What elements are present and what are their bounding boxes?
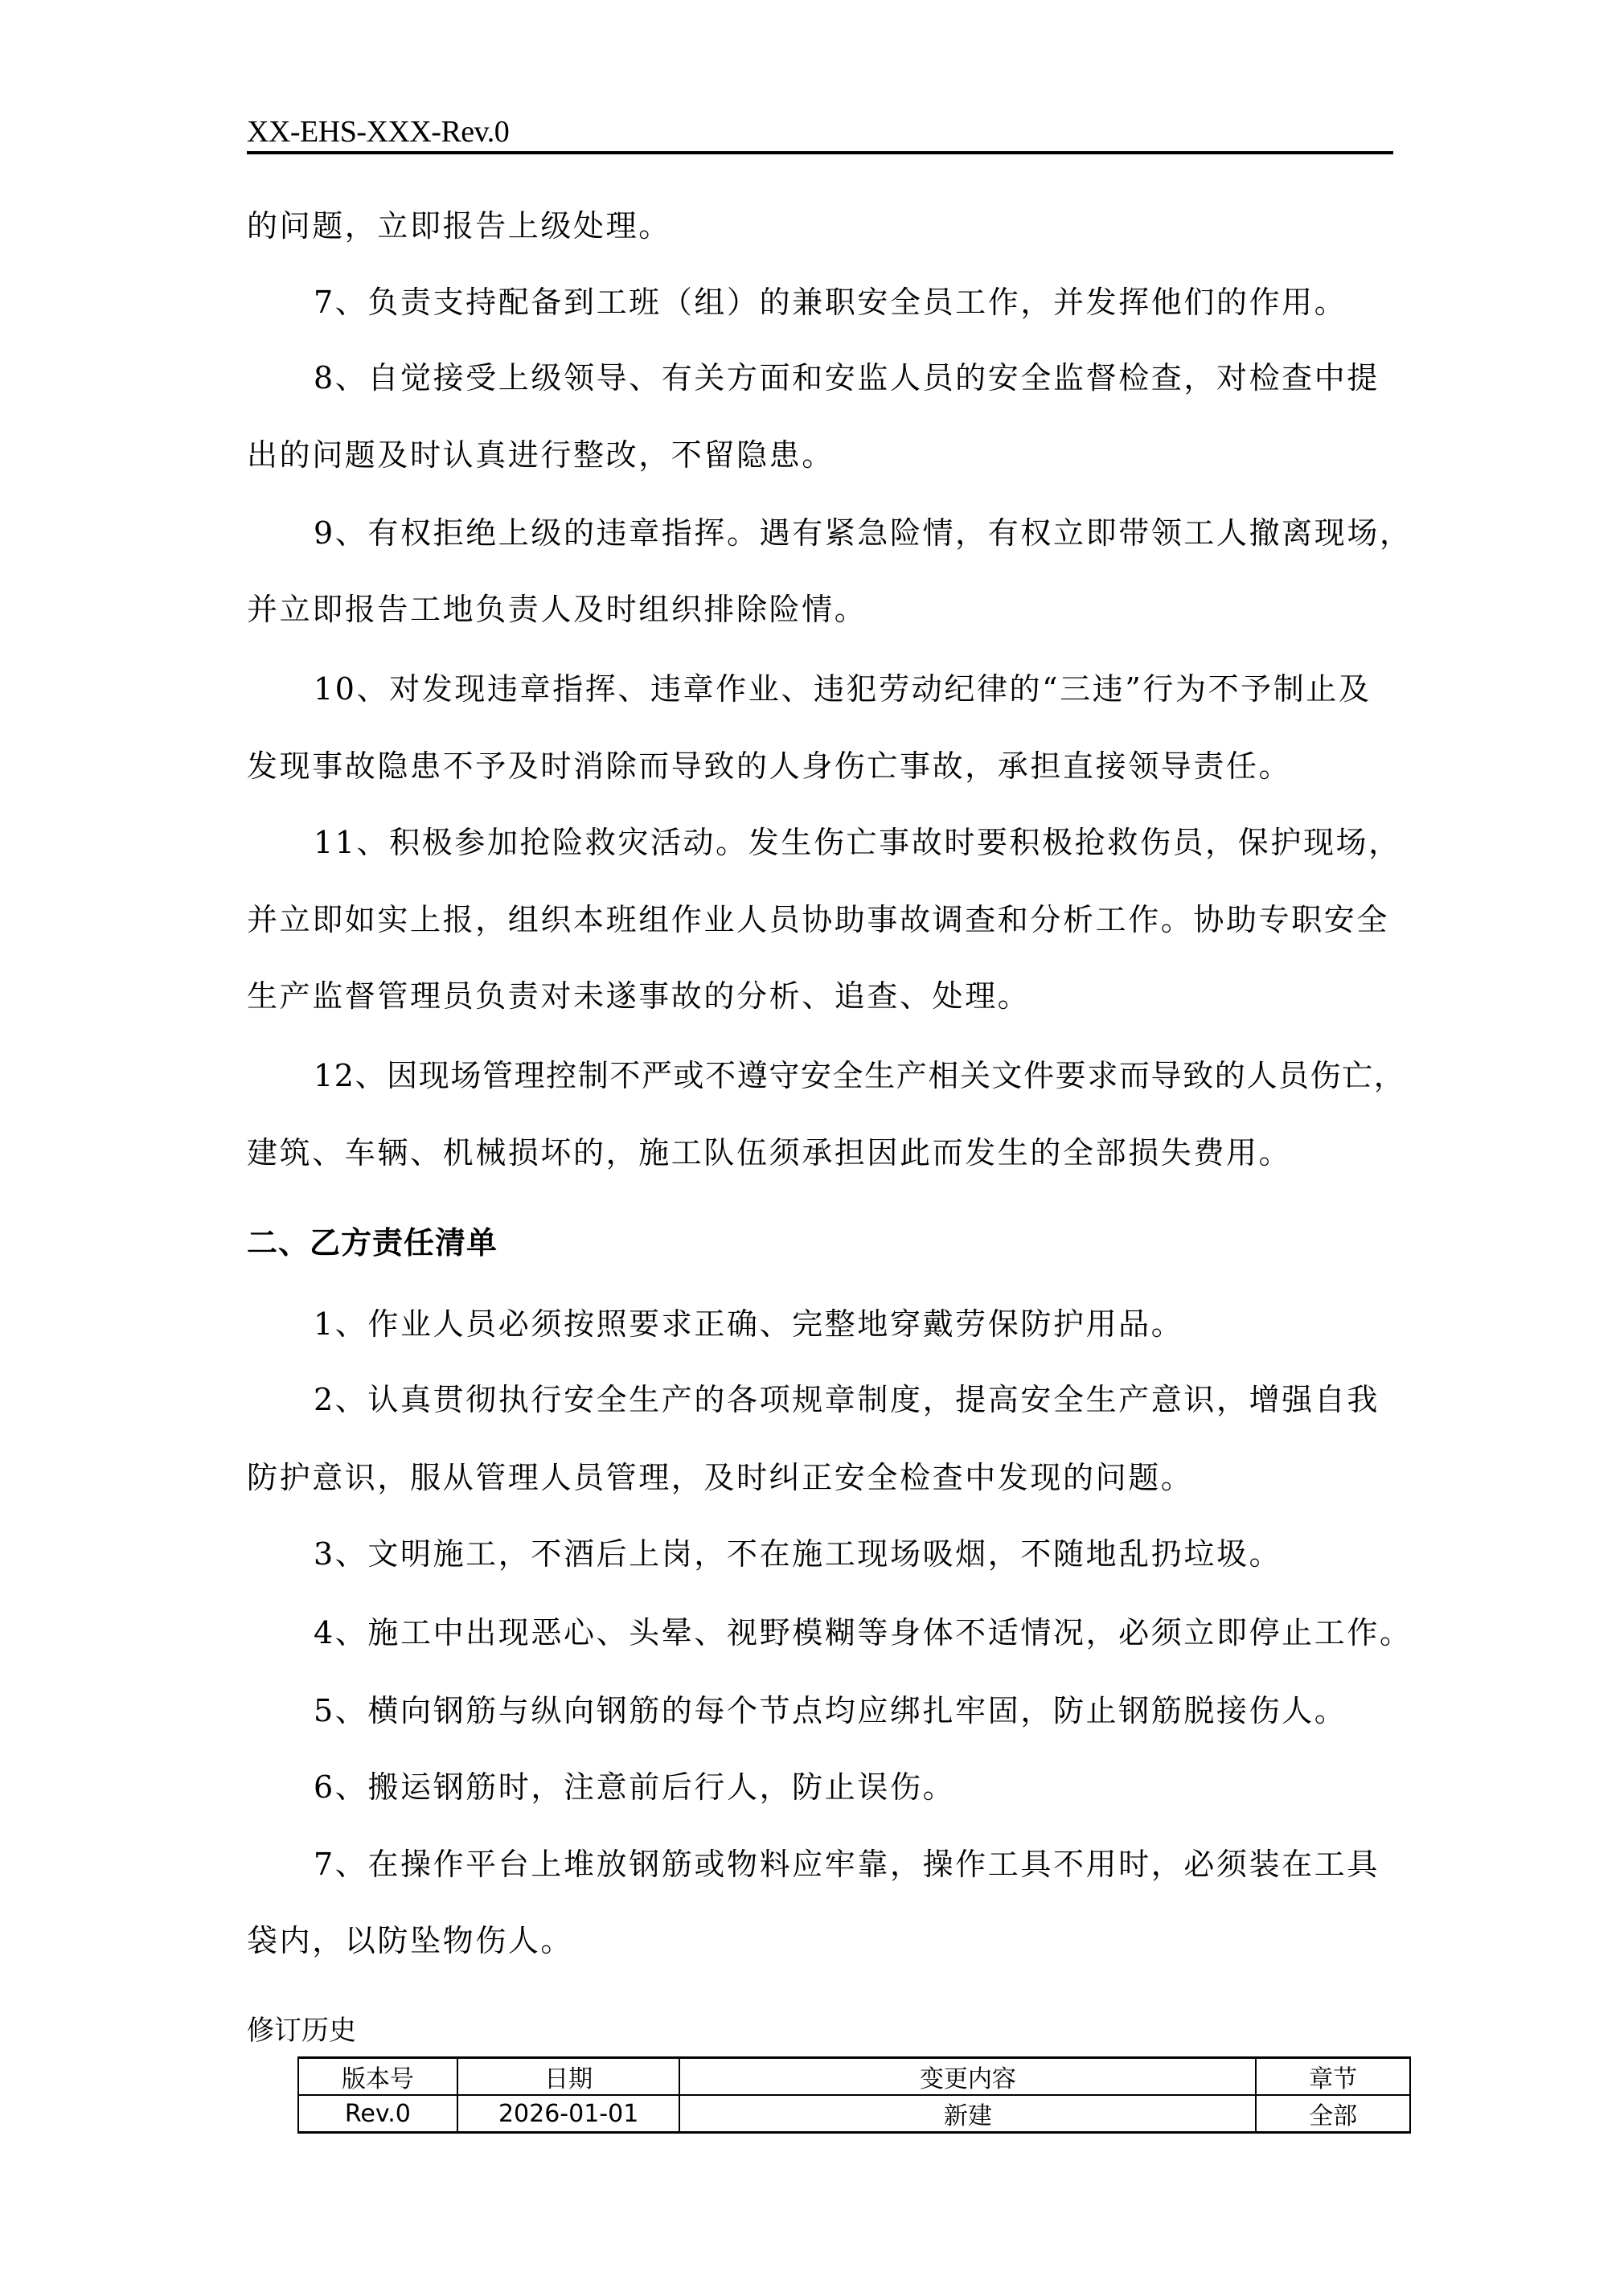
list-item-a11-cont1: 并立即如实上报，组织本班组作业人员协助事故调查和分析工作。协助专职安全 [247, 900, 1393, 939]
list-item-a7: 7、负责支持配备到工班（组）的兼职安全员工作，并发挥他们的作用。 [314, 283, 1393, 322]
list-item-b3: 3、文明施工，不酒后上岗，不在施工现场吸烟，不随地乱扔垃圾。 [314, 1535, 1393, 1573]
column-header-version: 版本号 [298, 2058, 457, 2096]
header-divider [247, 151, 1393, 154]
table-row: Rev.0 2026-01-01 新建 全部 [298, 2095, 1410, 2133]
cell-version: Rev.0 [298, 2095, 457, 2133]
column-header-section: 章节 [1256, 2058, 1410, 2096]
section-heading: 二、乙方责任清单 [247, 1224, 1393, 1262]
list-item-b4: 4、施工中出现恶心、头晕、视野模糊等身体不适情况，必须立即停止工作。 [314, 1613, 1393, 1652]
cell-date: 2026-01-01 [457, 2095, 680, 2133]
list-item-a11-cont2: 生产监督管理员负责对未遂事故的分析、追查、处理。 [247, 977, 1393, 1015]
column-header-change: 变更内容 [679, 2058, 1256, 2096]
list-item-b7-cont: 袋内，以防坠物伤人。 [247, 1921, 1393, 1960]
list-item-a9-cont: 并立即报告工地负责人及时组织排除险情。 [247, 590, 1393, 629]
list-item-b1: 1、作业人员必须按照要求正确、完整地穿戴劳保防护用品。 [314, 1305, 1393, 1343]
cell-section: 全部 [1256, 2095, 1410, 2133]
column-header-date: 日期 [457, 2058, 680, 2096]
list-item-b2: 2、认真贯彻执行安全生产的各项规章制度，提高安全生产意识，增强自我 [314, 1380, 1393, 1419]
list-item-a10: 10、对发现违章指挥、违章作业、违犯劳动纪律的“三违”行为不予制止及 [314, 670, 1393, 708]
list-item-b6: 6、搬运钢筋时，注意前后行人，防止误伤。 [314, 1768, 1393, 1806]
list-item-a12-cont: 建筑、车辆、机械损坏的，施工队伍须承担因此而发生的全部损失费用。 [247, 1134, 1393, 1172]
revision-history-table: 版本号 日期 变更内容 章节 Rev.0 2026-01-01 新建 全部 [297, 2056, 1411, 2134]
list-item-a11: 11、积极参加抢险救灾活动。发生伤亡事故时要积极抢救伤员，保护现场， [314, 823, 1393, 862]
paragraph-continuation: 的问题，立即报告上级处理。 [247, 207, 1393, 245]
list-item-b5: 5、横向钢筋与纵向钢筋的每个节点均应绑扎牢固，防止钢筋脱接伤人。 [314, 1691, 1393, 1730]
list-item-a9: 9、有权拒绝上级的违章指挥。遇有紧急险情，有权立即带领工人撤离现场， [314, 514, 1393, 552]
list-item-a8: 8、自觉接受上级领导、有关方面和安监人员的安全监督检查，对检查中提 [314, 359, 1393, 397]
list-item-b2-cont: 防护意识，服从管理人员管理，及时纠正安全检查中发现的问题。 [247, 1458, 1393, 1497]
list-item-b7: 7、在操作平台上堆放钢筋或物料应牢靠，操作工具不用时，必须装在工具 [314, 1845, 1393, 1884]
list-item-a12: 12、因现场管理控制不严或不遵守安全生产相关文件要求而导致的人员伤亡， [314, 1056, 1393, 1095]
revision-history-caption: 修订历史 [247, 2013, 356, 2048]
list-item-a8-cont: 出的问题及时认真进行整改，不留隐患。 [247, 436, 1393, 474]
cell-change: 新建 [679, 2095, 1256, 2133]
table-header-row: 版本号 日期 变更内容 章节 [298, 2058, 1410, 2096]
list-item-a10-cont: 发现事故隐患不予及时消除而导致的人身伤亡事故，承担直接领导责任。 [247, 747, 1393, 785]
document-code: XX-EHS-XXX-Rev.0 [247, 113, 509, 151]
